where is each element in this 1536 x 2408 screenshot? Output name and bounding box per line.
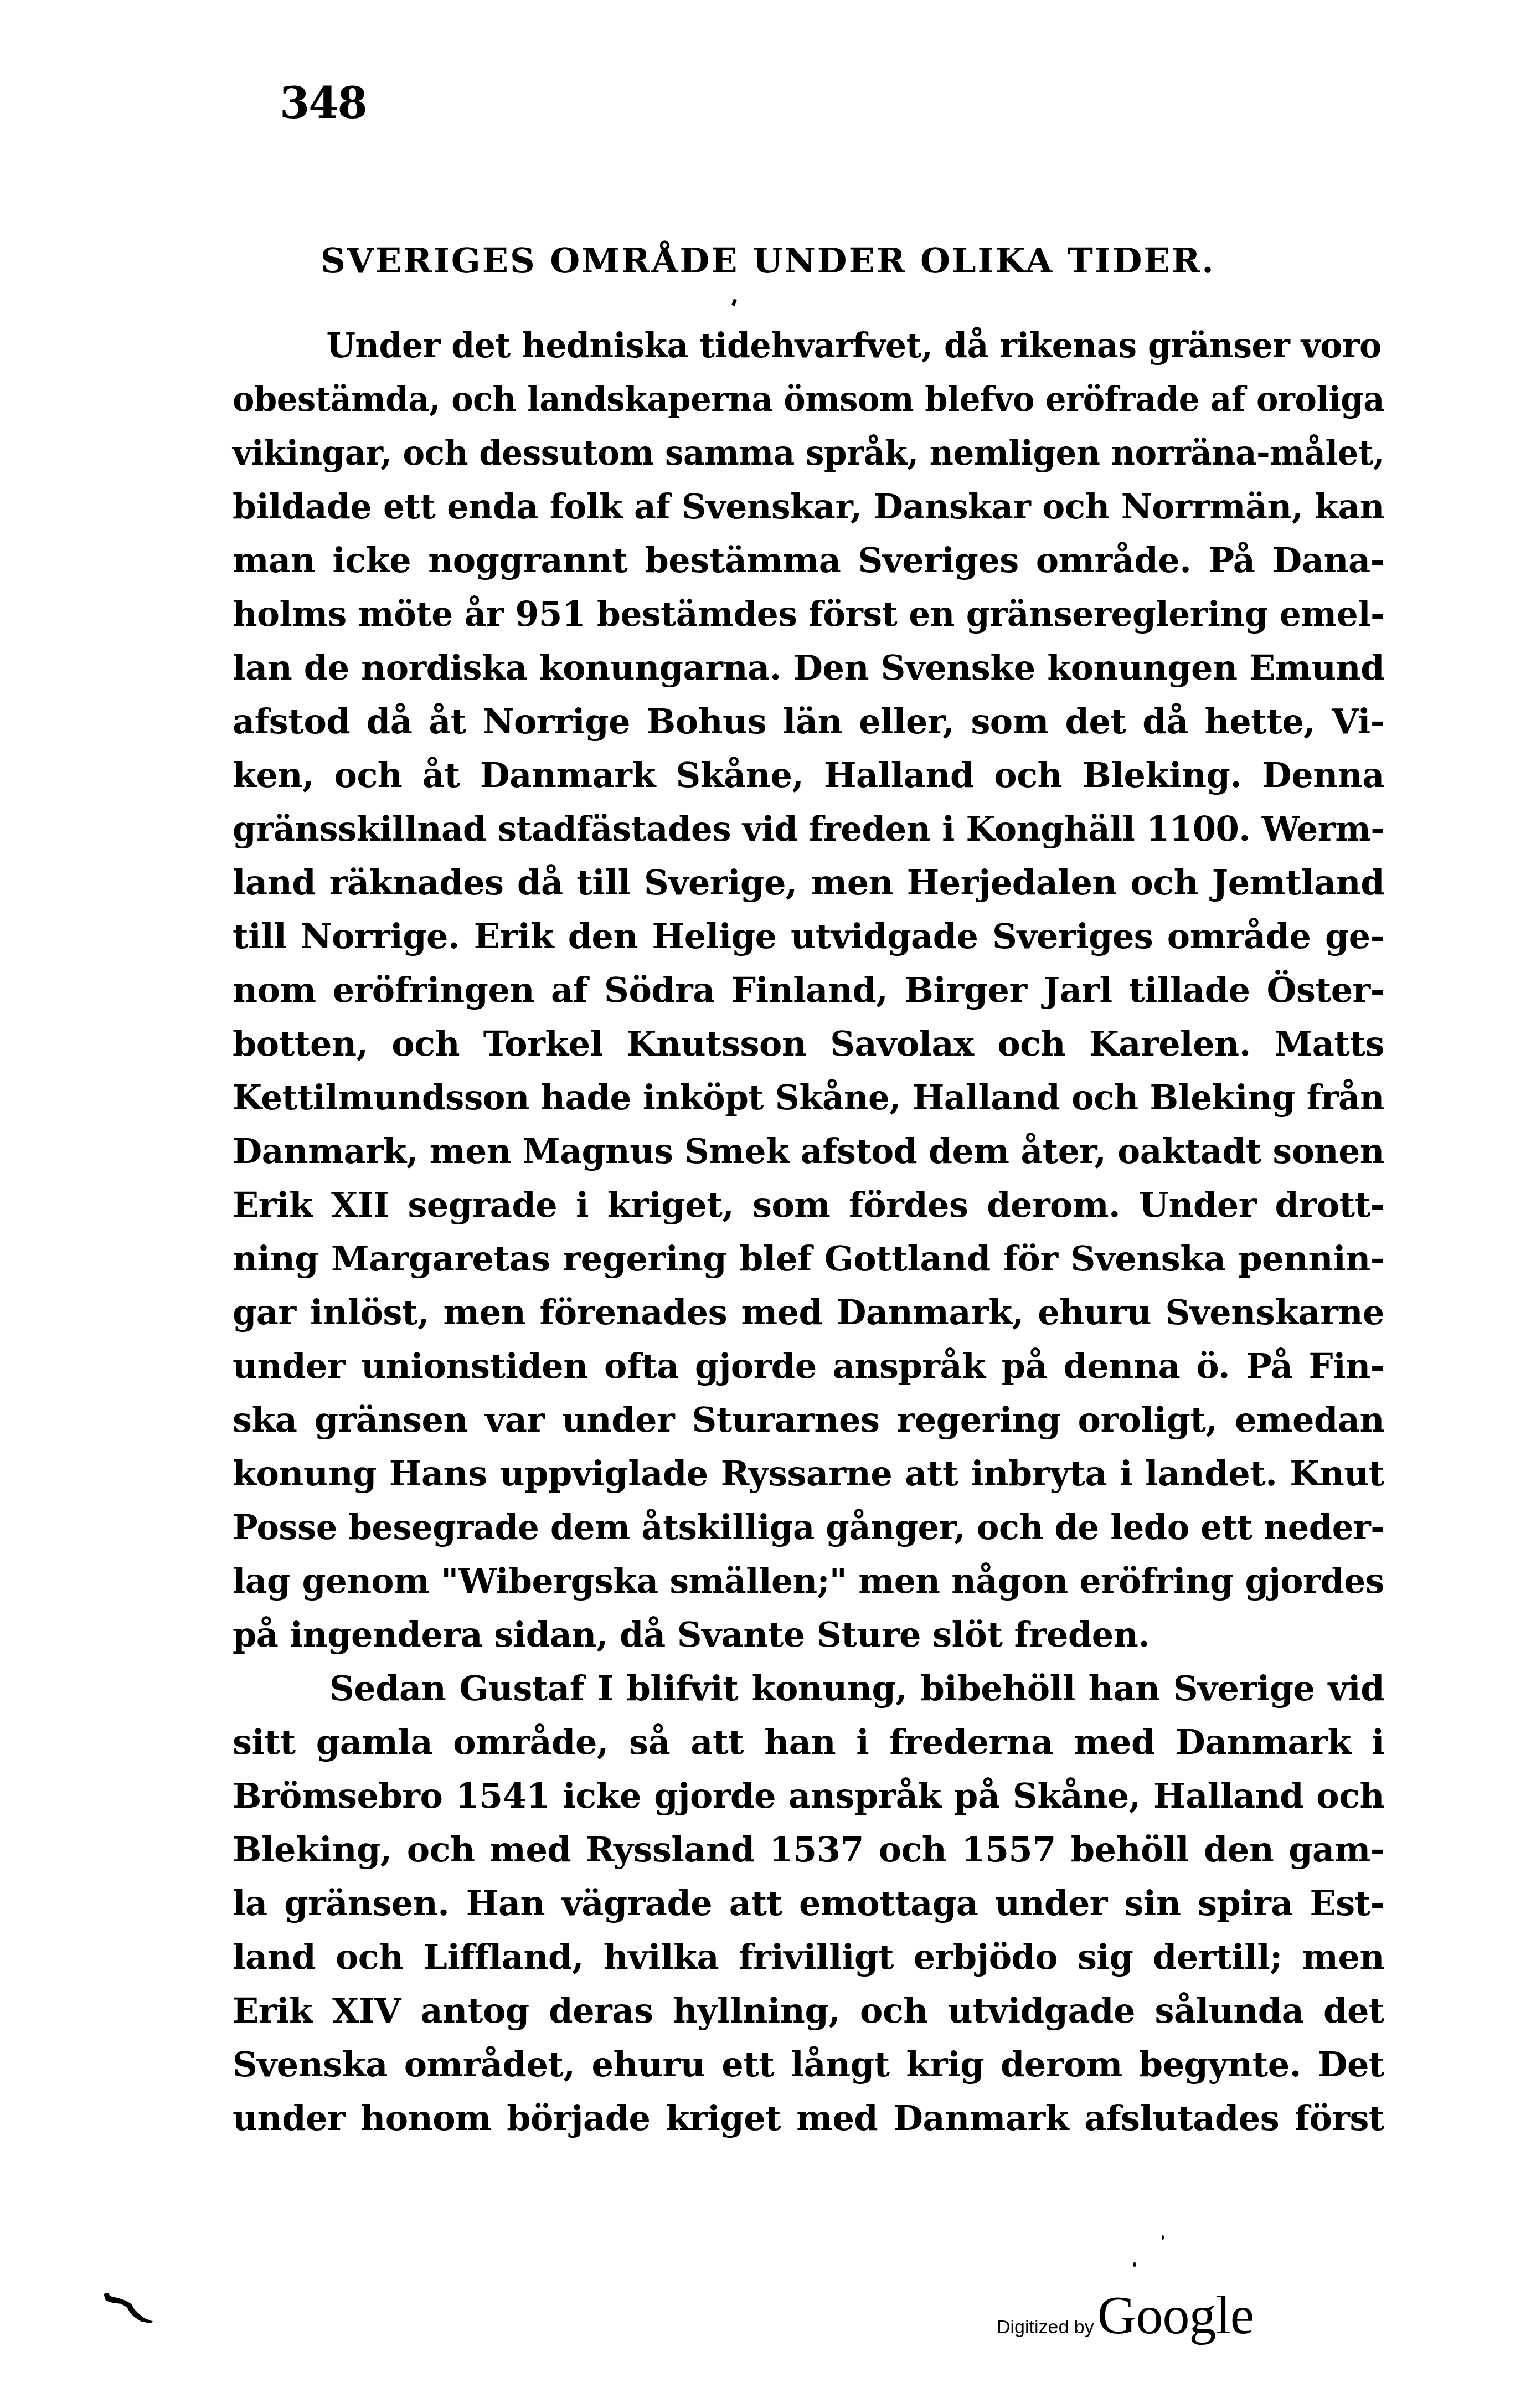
paragraph-2: Sedan Gustaf I blifvit konung, bibehöll …	[233, 1661, 1384, 2145]
digitized-by-watermark: Digitized by Google	[997, 2284, 1254, 2362]
text-line: man icke noggrannt bestämma Sveriges omr…	[233, 533, 1384, 587]
text-line: Danmark, men Magnus Smek afstod dem åter…	[233, 1124, 1384, 1178]
text-line: Bleking, och med Ryssland 1537 och 1557 …	[233, 1823, 1384, 1876]
text-line: lan de nordiska konungarna. Den Svenske …	[233, 641, 1384, 694]
text-line: Sedan Gustaf I blifvit konung, bibehöll …	[233, 1661, 1384, 1715]
text-line: ning Margaretas regering blef Gottland f…	[233, 1232, 1384, 1285]
text-line: lag genom "Wibergska smällen;" men någon…	[233, 1554, 1384, 1608]
text-line: la gränsen. Han vägrade att emottaga und…	[233, 1876, 1384, 1930]
text-line: nom eröfringen af Södra Finland, Birger …	[233, 963, 1384, 1017]
scan-artifact-mark	[102, 2292, 158, 2325]
text-line: under unionstiden ofta gjorde anspråk på…	[233, 1339, 1384, 1393]
text-line: under honom började kriget med Danmark a…	[233, 2091, 1384, 2145]
text-line: Posse besegrade dem åtskilliga gånger, o…	[233, 1500, 1384, 1554]
text-line: bildade ett enda folk af Svenskar, Dansk…	[233, 480, 1384, 533]
text-line: Kettilmundsson hade inköpt Skåne, Hallan…	[233, 1071, 1384, 1124]
text-line: till Norrige. Erik den Helige utvidgade …	[233, 909, 1384, 963]
text-line: gar inlöst, men förenades med Danmark, e…	[233, 1285, 1384, 1339]
ink-speck	[1133, 2262, 1136, 2267]
text-line: obestämda, och landskaperna ömsom blefvo…	[233, 372, 1384, 426]
ink-speck	[1162, 2235, 1164, 2240]
text-line: Brömsebro 1541 icke gjorde anspråk på Sk…	[233, 1769, 1384, 1823]
text-line: Under det hedniska tidehvarfvet, då rike…	[233, 318, 1478, 372]
text-line: Erik XII segrade i kriget, som fördes de…	[233, 1178, 1384, 1232]
text-line: ska gränsen var under Sturarnes regering…	[233, 1393, 1384, 1447]
text-line: land räknades då till Sverige, men Herje…	[233, 856, 1384, 909]
text-line: konung Hans uppviglade Ryssarne att inbr…	[233, 1447, 1384, 1500]
ink-speck	[731, 299, 737, 306]
body-text: Under det hedniska tidehvarfvet, då rike…	[233, 318, 1384, 2145]
chapter-title: SVERIGES OMRÅDE UNDER OLIKA TIDER.	[0, 244, 1536, 278]
text-line: botten, och Torkel Knutsson Savolax och …	[233, 1017, 1384, 1071]
google-logo: Google	[1097, 2284, 1254, 2347]
paragraph-1: Under det hedniska tidehvarfvet, då rike…	[233, 318, 1384, 1661]
text-line: sitt gamla område, så att han i frederna…	[233, 1715, 1384, 1769]
digitized-label: Digitized by	[997, 2317, 1094, 2338]
text-line: holms möte år 951 bestämdes först en grä…	[233, 587, 1384, 641]
page-number: 348	[280, 82, 367, 125]
text-line: gränsskillnad stadfästades vid freden i …	[233, 802, 1384, 856]
text-line: land och Liffland, hvilka frivilligt erb…	[233, 1930, 1384, 1984]
text-line: ken, och åt Danmark Skåne, Halland och B…	[233, 748, 1384, 802]
text-line: afstod då åt Norrige Bohus län eller, so…	[233, 694, 1384, 748]
text-line: Svenska området, ehuru ett långt krig de…	[233, 2037, 1384, 2091]
text-line: på ingendera sidan, då Svante Sture slöt…	[233, 1608, 1384, 1661]
text-line: vikingar, och dessutom samma språk, neml…	[233, 426, 1384, 480]
text-line: Erik XIV antog deras hyllning, och utvid…	[233, 1984, 1384, 2037]
